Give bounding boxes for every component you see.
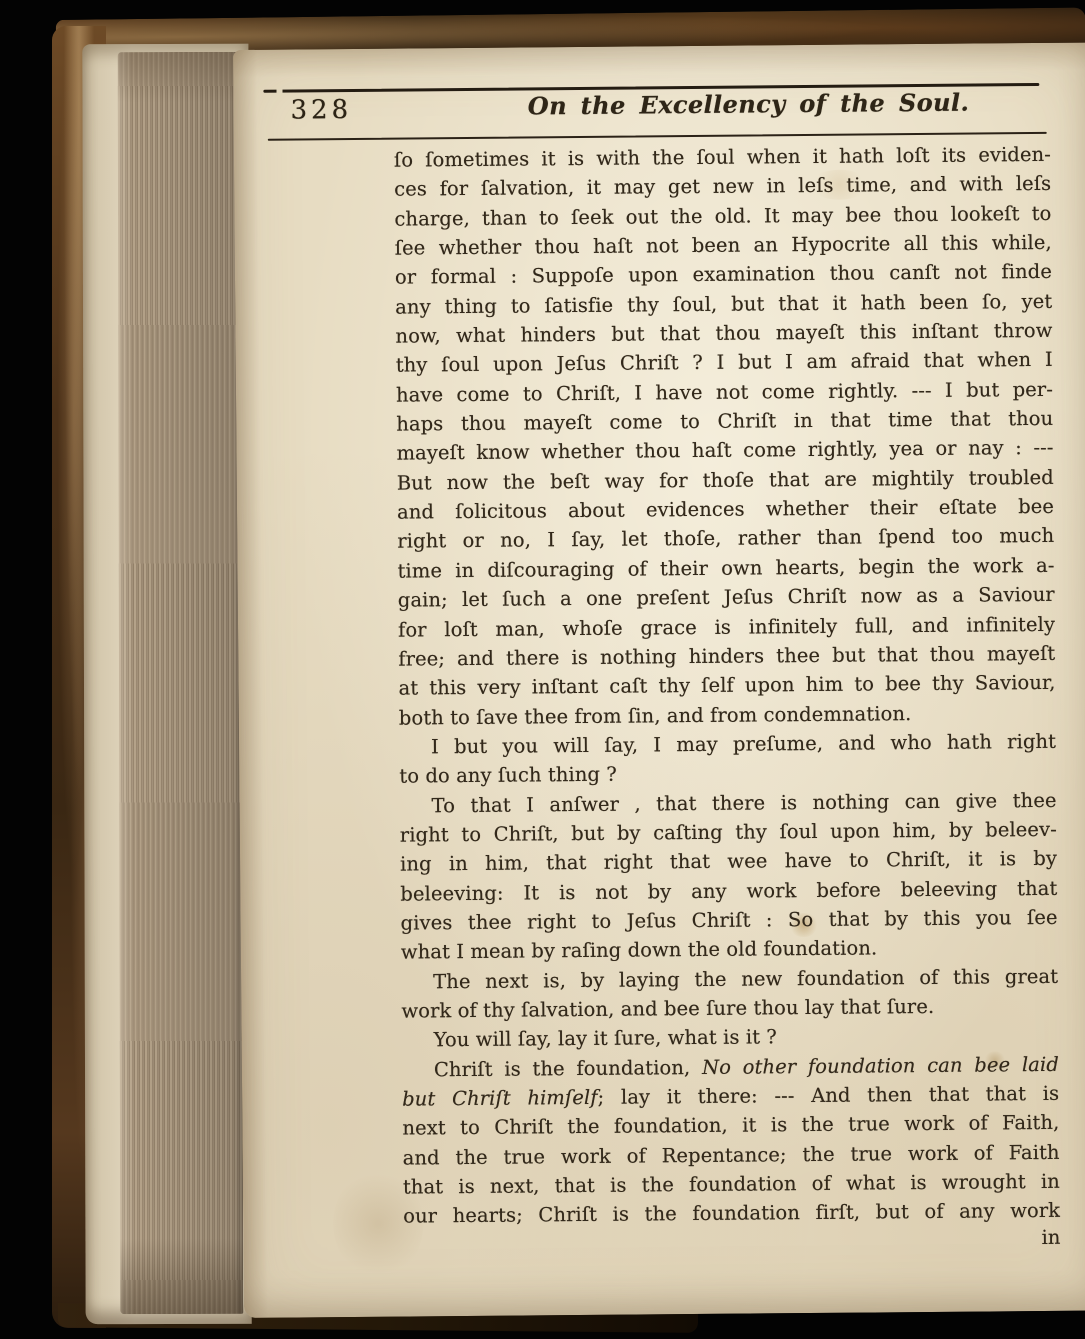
book-page: 328 On the Excellency of the Soul. ſo ſo… — [233, 42, 1085, 1317]
header-rule-bottom — [268, 132, 1047, 141]
running-header: On the Excellency of the Soul. — [468, 87, 1028, 121]
catchword: in — [403, 1226, 1060, 1261]
text-line: at this very inſtant caſt thy ſelf upon … — [398, 668, 1055, 703]
page-number: 328 — [290, 95, 352, 126]
text-line: gives thee right to Jeſus Chriſt : So th… — [400, 903, 1057, 938]
page-fore-edge — [118, 52, 244, 1314]
text-block: ſo ſometimes it is with the ſoul when it… — [394, 140, 1060, 1231]
text-line: I but you will ſay, I may preſume, and w… — [399, 727, 1056, 762]
photo-canvas: 328 On the Excellency of the Soul. ſo ſo… — [0, 0, 1085, 1339]
text-line: The next is, by laying the new foundatio… — [401, 961, 1058, 996]
